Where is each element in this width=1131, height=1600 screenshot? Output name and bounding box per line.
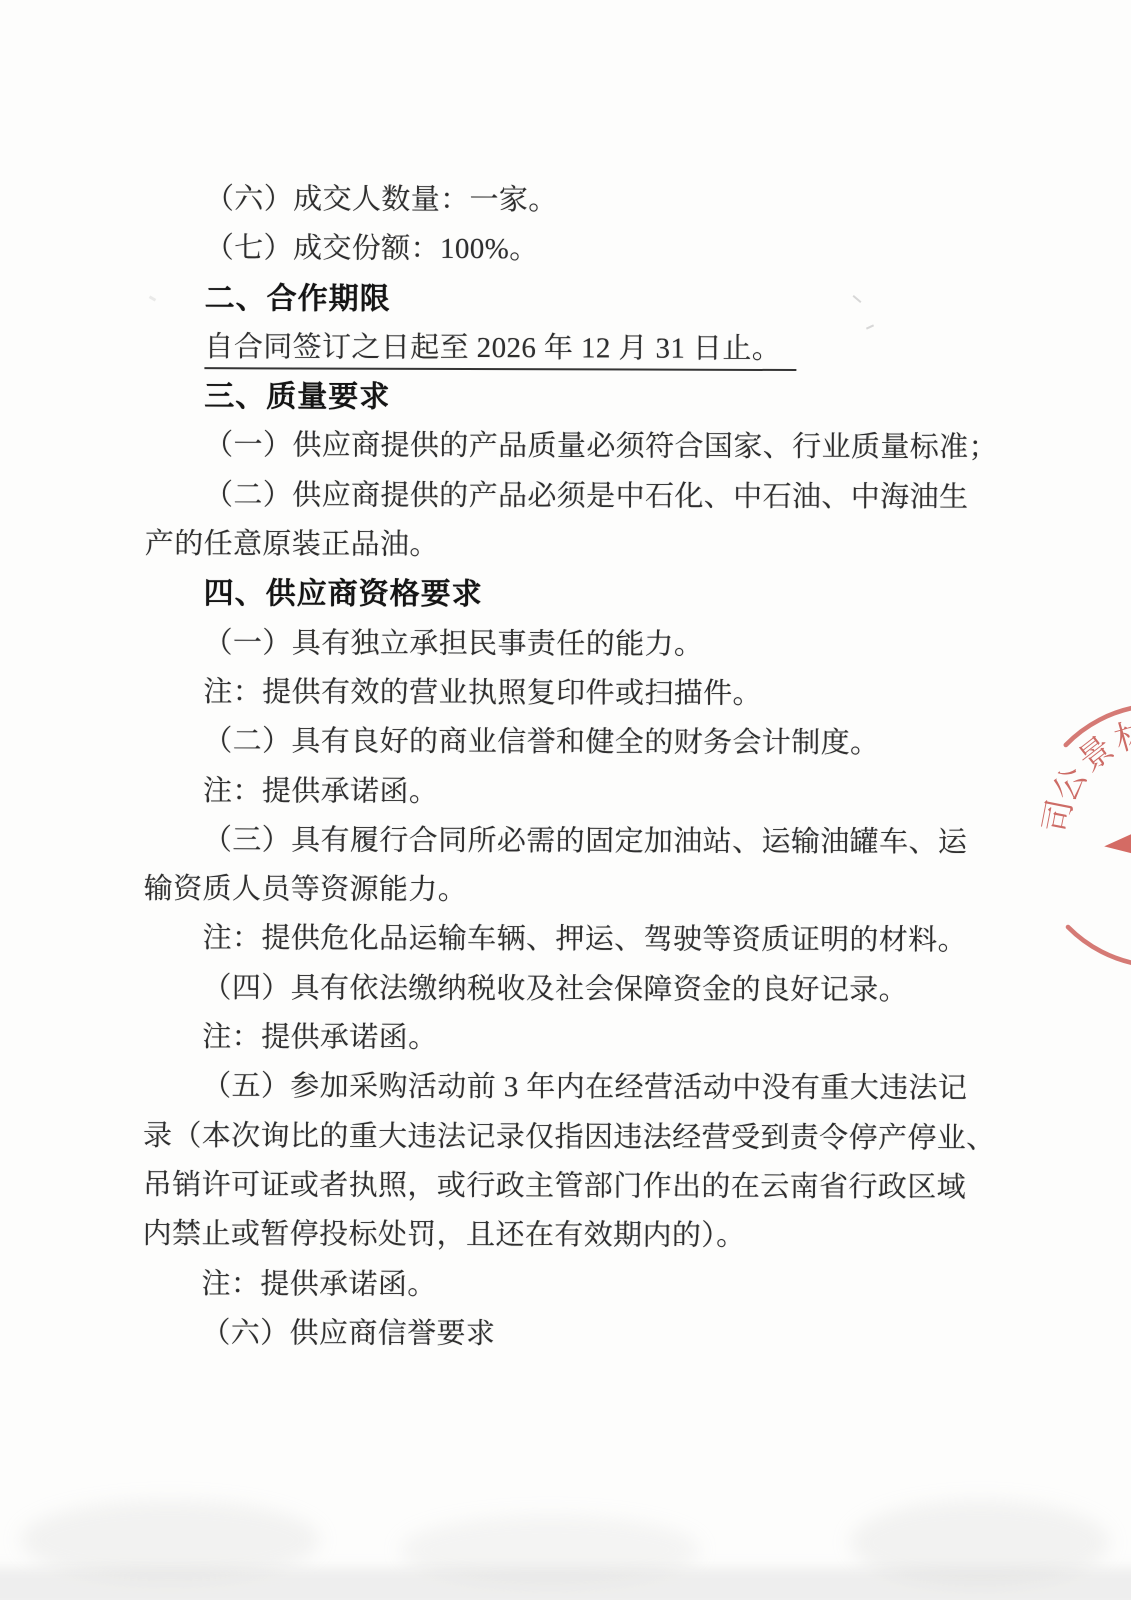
- section-heading: 二、合作期限: [146, 274, 1086, 326]
- document-line: 注：提供有效的营业执照复印件或扫描件。: [144, 668, 1084, 720]
- document-line: （二）具有良好的商业信誉和健全的财务会计制度。: [144, 717, 1084, 769]
- document-body: （六）成交人数量：一家。（七）成交份额：100%。二、合作期限自合同签订之日起至…: [142, 175, 1086, 1361]
- scan-smudge: [20, 1500, 320, 1580]
- seal-star-icon: [1100, 791, 1131, 894]
- document-line: 输资质人员等资源能力。: [144, 865, 1084, 917]
- document-line: 吊销许可证或者执照，或行政主管部门作出的在云南省行政区域: [143, 1161, 1083, 1213]
- document-line: （三）具有履行合同所必需的固定加油站、运输油罐车、运: [144, 816, 1084, 868]
- document-line: 内禁止或暂停投标处罚，且还在有效期内的）。: [143, 1210, 1083, 1262]
- document-line: （六）供应商信誉要求: [142, 1309, 1082, 1361]
- document-line: 注：提供危化品运输车辆、押运、驾驶等资质证明的材料。: [144, 914, 1084, 966]
- scanned-document-page: （六）成交人数量：一家。（七）成交份额：100%。二、合作期限自合同签订之日起至…: [0, 0, 1131, 1600]
- scan-smudge: [850, 1500, 1110, 1585]
- section-heading: 三、质量要求: [145, 372, 1085, 424]
- document-line: 自合同签订之日起至 2026 年 12 月 31 日止。: [145, 323, 1085, 375]
- document-line: （一）具有独立承担民事责任的能力。: [144, 619, 1084, 671]
- document-line: 注：提供承诺函。: [143, 1013, 1083, 1065]
- document-line: （四）具有依法缴纳税收及社会保障资金的良好记录。: [143, 964, 1083, 1016]
- document-line: （七）成交份额：100%。: [146, 224, 1086, 276]
- seal-character: 林: [1111, 714, 1131, 759]
- document-line: （六）成交人数量：一家。: [146, 175, 1086, 227]
- document-line: （五）参加采购活动前 3 年内在经营活动中没有重大违法记: [143, 1062, 1083, 1114]
- document-line: 注：提供承诺函。: [142, 1260, 1082, 1312]
- document-line: 注：提供承诺函。: [144, 767, 1084, 819]
- underlined-text: 自合同签订之日起至 2026 年 12 月 31 日止。: [204, 331, 796, 371]
- section-heading: 四、供应商资格要求: [145, 569, 1085, 621]
- document-line: （一）供应商提供的产品质量必须符合国家、行业质量标准；: [145, 421, 1085, 473]
- document-line: 产的任意原装正品油。: [145, 520, 1085, 572]
- scan-smudge: [400, 1515, 700, 1585]
- document-line: （二）供应商提供的产品必须是中石化、中石油、中海油生: [145, 471, 1085, 523]
- document-line: 录（本次询比的重大违法记录仅指因违法经营受到责令停产停业、: [143, 1112, 1083, 1164]
- scan-smudge-band: [0, 1568, 1131, 1600]
